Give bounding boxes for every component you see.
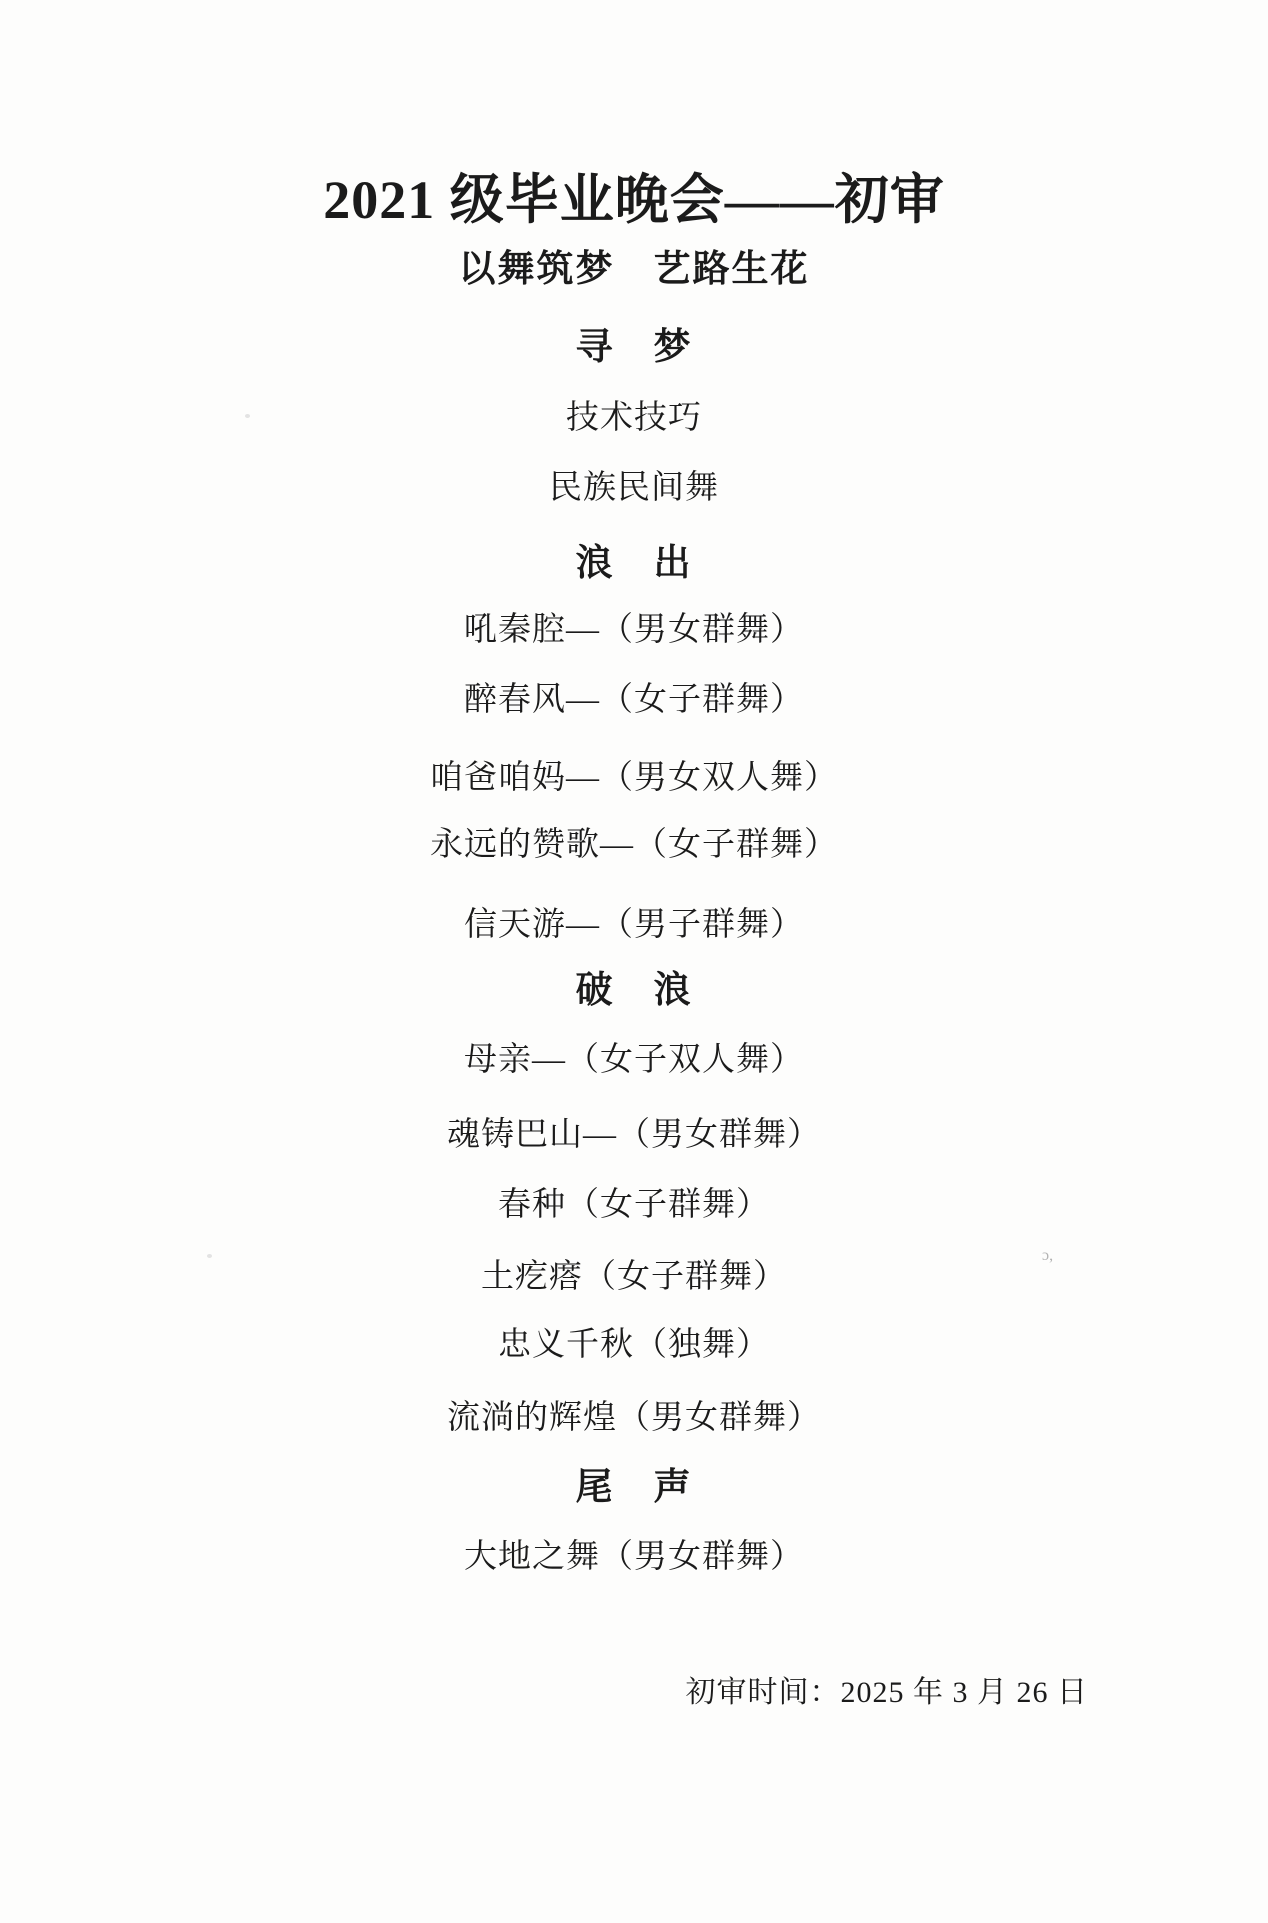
section-heading-2: 浪 出	[0, 545, 1268, 582]
scanned-document-page: 2021 级毕业晚会——初审 以舞筑梦 艺路生花 寻 梦 技术技巧 民族民间舞 …	[0, 0, 1268, 1923]
document-subtitle: 以舞筑梦 艺路生花	[0, 251, 1268, 288]
program-item: 忠义千秋（独舞）	[0, 1329, 1268, 1362]
program-item: 技术技巧	[0, 402, 1268, 435]
scan-speck	[207, 1254, 212, 1258]
program-item: 醉春风—（女子群舞）	[0, 684, 1268, 717]
footer-review-date: 初审时间：2025 年 3 月 26 日	[686, 1678, 1089, 1708]
scan-artifact: ɔ,	[1042, 1248, 1053, 1264]
program-item: 信天游—（男子群舞）	[0, 909, 1268, 942]
program-item: 魂铸巴山—（男女群舞）	[0, 1119, 1268, 1152]
program-item: 咱爸咱妈—（男女双人舞）	[0, 762, 1268, 795]
section-heading-1: 寻 梦	[0, 329, 1268, 366]
program-item: 春种（女子群舞）	[0, 1189, 1268, 1222]
section-heading-3: 破 浪	[0, 972, 1268, 1009]
program-item: 土疙瘩（女子群舞）	[0, 1261, 1268, 1294]
scan-speck	[245, 414, 250, 418]
section-heading-4: 尾 声	[0, 1469, 1268, 1506]
program-item: 母亲—（女子双人舞）	[0, 1044, 1268, 1077]
program-item: 永远的赞歌—（女子群舞）	[0, 829, 1268, 862]
document-title: 2021 级毕业晚会——初审	[0, 173, 1268, 227]
program-item: 吼秦腔—（男女群舞）	[0, 614, 1268, 647]
program-item: 大地之舞（男女群舞）	[0, 1541, 1268, 1574]
program-item: 流淌的辉煌（男女群舞）	[0, 1402, 1268, 1435]
program-item: 民族民间舞	[0, 472, 1268, 505]
